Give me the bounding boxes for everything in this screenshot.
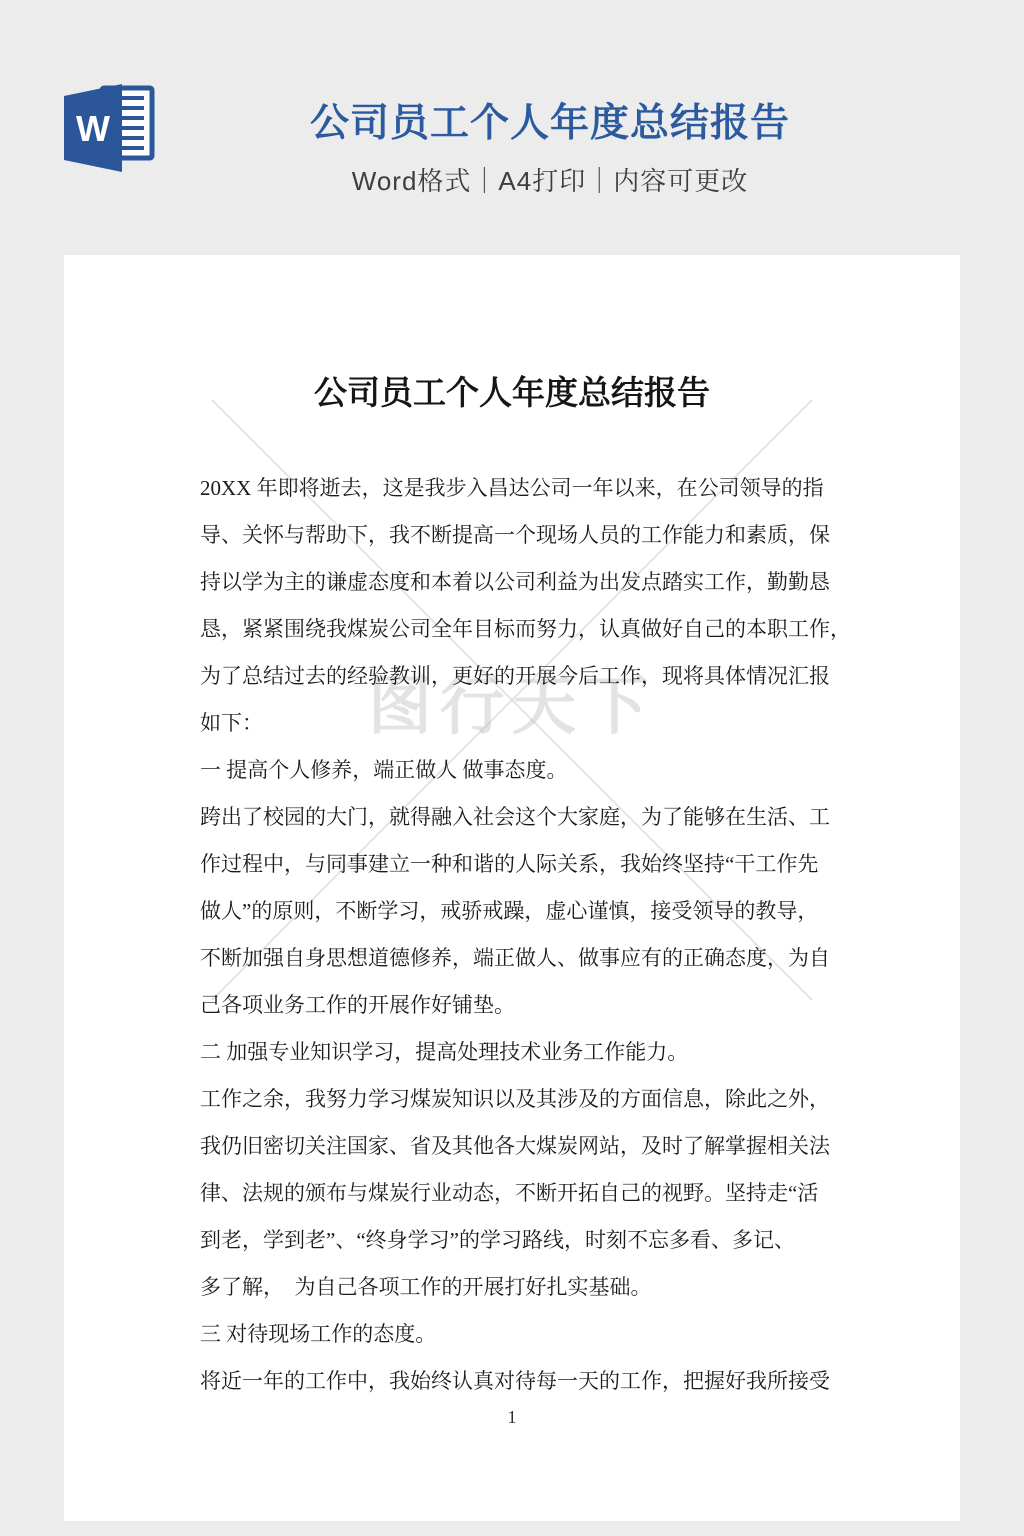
document-title: 公司员工个人年度总结报告 xyxy=(64,367,960,414)
header: 公司员工个人年度总结报告 Word格式｜A4打印｜内容可更改 xyxy=(140,92,960,198)
body-line: 将近一年的工作中，我始终认真对待每一天的工作，把握好我所接受 xyxy=(200,1358,848,1405)
svg-text:W: W xyxy=(76,108,110,149)
header-subtitle: Word格式｜A4打印｜内容可更改 xyxy=(140,161,960,198)
page-number: 1 xyxy=(64,1407,960,1428)
body-line: 一 提高个人修养，端正做人 做事态度。 xyxy=(200,747,848,794)
body-line: 20XX 年即将逝去，这是我步入昌达公司一年以来，在公司领导的指 xyxy=(200,465,848,512)
body-line: 我仍旧密切关注国家、省及其他各大煤炭网站，及时了解掌握相关法 xyxy=(200,1123,848,1170)
body-line: 工作之余，我努力学习煤炭知识以及其涉及的方面信息，除此之外， xyxy=(200,1076,848,1123)
preview-background: W 公司员工个人年度总结报告 Word格式｜A4打印｜内容可更改 图行天下 公司… xyxy=(0,0,1024,1536)
body-line: 二 加强专业知识学习，提高处理技术业务工作能力。 xyxy=(200,1029,848,1076)
body-line: 跨出了校园的大门，就得融入社会这个大家庭，为了能够在生活、工 xyxy=(200,794,848,841)
body-line: 律、法规的颁布与煤炭行业动态，不断开拓自己的视野。坚持走“活 xyxy=(200,1170,848,1217)
body-line: 持以学为主的谦虚态度和本着以公司利益为出发点踏实工作，勤勤恳 xyxy=(200,559,848,606)
body-line: 如下： xyxy=(200,700,848,747)
body-line: 三 对待现场工作的态度。 xyxy=(200,1311,848,1358)
body-line: 为了总结过去的经验教训，更好的开展今后工作，现将具体情况汇报 xyxy=(200,653,848,700)
body-line: 做人”的原则，不断学习，戒骄戒躁，虚心谨慎，接受领导的教导， xyxy=(200,888,848,935)
body-line: 到老，学到老”、“终身学习”的学习路线，时刻不忘多看、多记、 xyxy=(200,1217,848,1264)
body-line: 恳，紧紧围绕我煤炭公司全年目标而努力，认真做好自己的本职工作， xyxy=(200,606,848,653)
body-line: 作过程中，与同事建立一种和谐的人际关系，我始终坚持“干工作先 xyxy=(200,841,848,888)
header-title: 公司员工个人年度总结报告 xyxy=(140,92,960,148)
document-page: 图行天下 公司员工个人年度总结报告 20XX 年即将逝去，这是我步入昌达公司一年… xyxy=(64,255,960,1521)
body-line: 己各项业务工作的开展作好铺垫。 xyxy=(200,982,848,1029)
body-line: 导、关怀与帮助下，我不断提高一个现场人员的工作能力和素质，保 xyxy=(200,512,848,559)
body-line: 不断加强自身思想道德修养，端正做人、做事应有的正确态度，为自 xyxy=(200,935,848,982)
document-body: 20XX 年即将逝去，这是我步入昌达公司一年以来，在公司领导的指导、关怀与帮助下… xyxy=(200,465,848,1405)
body-line: 多了解， 为自己各项工作的开展打好扎实基础。 xyxy=(200,1264,848,1311)
